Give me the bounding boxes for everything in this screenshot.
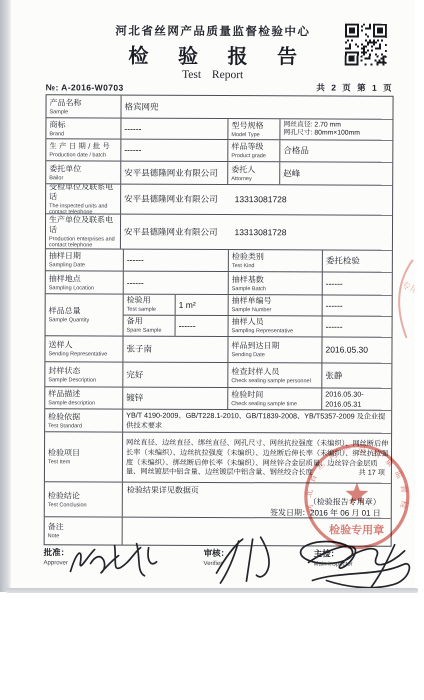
report-number-line: №: A-2016-W0703 共 2 页 第 1 页 [46, 80, 394, 94]
stamp-star-icon [345, 483, 368, 505]
label-zh: 样品等级 [231, 142, 276, 152]
field-label: 抽样日期Sampling Date [46, 249, 124, 270]
field-label: 备注Note [45, 517, 123, 544]
field-label: 生 产 日 期 / 批 号Production date / batch [46, 139, 121, 160]
label-en: Test sample [127, 307, 172, 313]
table-row: 抽样地点Sampling Location------抽样基数Sample Ba… [46, 271, 392, 296]
table-row: 送样人Sending Representative张子南样品到达日期Sendin… [45, 336, 391, 364]
label-zh: 检验结论 [48, 491, 119, 501]
label-en: Attorney [231, 176, 276, 182]
value-text: 安平县德隆网业有限公司 13313081728 [124, 226, 390, 238]
field-value: 镀锌 [123, 388, 228, 409]
field-label: 检验依据Test Standard [45, 409, 123, 431]
value-line: 网孔尺寸: 80mm×100mm [283, 129, 390, 138]
value-text: ------ [326, 300, 390, 311]
field-label: 样品到达日期Sending Date [228, 337, 322, 362]
field-value: 合格品 [280, 140, 393, 161]
value-text: ------ [124, 123, 224, 134]
value-text: ------ [326, 278, 390, 289]
verifier-label-en: Verifier [204, 561, 314, 567]
label-zh: 备用 [127, 317, 172, 327]
table-row: 样品描述Sample description镀锌检验时间Check sealin… [45, 387, 391, 411]
table-row: 检验依据Test StandardYB/T 4190-2009、GB/T228.… [45, 409, 391, 434]
field-label: 样品等级Product grade [228, 140, 280, 161]
value-text: 完好 [126, 369, 224, 380]
label-en: Model Type [231, 132, 276, 138]
field-value: ------ [323, 295, 393, 315]
label-en: Production enterprises and contact telep… [49, 236, 117, 248]
approver-block: 批准： Approver [44, 546, 204, 567]
qr-code-icon [345, 24, 387, 66]
value-text: ------ [179, 320, 225, 331]
value-text: 格宾网兜 [125, 101, 391, 113]
label-zh: 封样状态 [48, 366, 119, 376]
label-zh: 样品描述 [48, 389, 119, 399]
label-zh: 检查封样人员 [231, 367, 318, 377]
field-value: 赵峰 [280, 162, 393, 184]
approver-label: 批准： [44, 546, 204, 559]
table-subrow: 检验用Test sample1 m²抽样单编号Sample Number----… [124, 295, 393, 317]
value-text: 镀锌 [126, 393, 224, 404]
table-row: 产品名称Sample格宾网兜 [46, 95, 392, 120]
field-label: 抽样单编号Sample Number [229, 295, 323, 315]
table-row: 封样状态Sample Description完好检查封样人员Check seal… [45, 362, 391, 389]
field-label: 检验用Test sample [124, 295, 176, 315]
field-value: 1 m² [176, 295, 229, 315]
report-page: 河北省丝网产品质量监督检验中心 检 验 报 告 Test Report №: A… [11, 0, 415, 589]
field-value: ------ [124, 272, 229, 294]
field-label: 抽样人员Sampling Representative [229, 316, 323, 337]
field-label: 抽样基数Sample Batch [229, 272, 323, 294]
label-zh: 检验依据 [48, 412, 119, 422]
field-label: 委托单位Bailor [46, 161, 121, 183]
field-value: 安平县德隆网业有限公司 13313081728 [121, 215, 393, 250]
field-label: 产品名称Sample [46, 95, 121, 117]
field-value: 2016.05.30 [322, 337, 392, 362]
label-zh: 抽样单编号 [232, 296, 319, 306]
field-value: ------ [323, 272, 393, 294]
field-label: 检验时间Check sealing sample time [228, 388, 322, 409]
field-value: ------ [124, 250, 229, 271]
label-zh: 检验项目 [48, 448, 119, 458]
label-zh: 抽样基数 [232, 275, 319, 285]
field-value: 格宾网兜 [121, 96, 393, 119]
label-en: Sending Date [231, 352, 318, 358]
table-subrow: 备用Spare Sample------抽样人员Sampling Represe… [124, 315, 393, 337]
label-en: Sample [49, 109, 117, 115]
label-en: Test Kind [232, 263, 319, 269]
field-value: ------ [121, 119, 228, 139]
value-text: 安平县德隆网业有限公司 13313081728 [124, 194, 390, 206]
edge-paging-stamp: 专用 [391, 257, 415, 341]
table-row: 商标Brand------型号规格Model Type网丝直径: 2.70 mm… [46, 118, 392, 141]
label-zh: 生产单位及联系电话 [49, 215, 117, 235]
label-en: Sample description [48, 400, 119, 406]
label-zh: 受检单位及联系电话 [49, 184, 117, 202]
field-label: 生产单位及联系电话Production enterprises and cont… [46, 214, 121, 248]
field-value: 2016.05.30-2016.05.31 [322, 388, 392, 409]
value-text: ------ [127, 255, 225, 266]
label-zh: 抽样人员 [232, 317, 319, 327]
field-value: 张子南 [123, 337, 228, 362]
table-row: 生产单位及联系电话Production enterprises and cont… [46, 214, 392, 251]
label-zh: 产品名称 [50, 98, 118, 108]
label-zh: 商标 [49, 120, 117, 130]
stamp-ring-text: 河北省丝网产品质量监督检验中心 [301, 440, 411, 516]
inspection-stamp: 河北省丝网产品质量监督检验中心 检验专用章 [301, 440, 413, 552]
label-en: Test Conclusion [48, 502, 119, 508]
label-en: Product grade [231, 153, 276, 159]
label-en: The inspected units and contact telephon… [49, 203, 117, 213]
label-zh: 抽样地点 [49, 274, 120, 284]
label-zh: 样品总量 [49, 306, 120, 316]
label-en: Check sealing sample personnel [231, 378, 318, 384]
field-label: 委托人Attorney [228, 162, 280, 184]
approver-label-en: Approver [44, 560, 204, 567]
split-cell-group: 检验用Test sample1 m²抽样单编号Sample Number----… [124, 295, 393, 337]
label-zh: 样品到达日期 [231, 341, 318, 351]
value-text: 张静 [325, 370, 389, 381]
value-text: YB/T 4190-2009、GB/T228.1-2010、GB/T1839-2… [126, 411, 389, 431]
field-value: 委托检验 [323, 250, 393, 271]
value-text: 2016.05.30 [325, 345, 389, 356]
field-label: 商标Brand [46, 118, 121, 138]
label-en: Bailor [49, 175, 117, 181]
value-text: ------ [127, 277, 225, 288]
field-label: 备用Spare Sample [124, 315, 176, 336]
label-en: Sending Representative [48, 351, 119, 357]
label-zh: 抽样日期 [49, 251, 120, 261]
field-value: 安平县德隆网业有限公司 [121, 162, 228, 184]
label-en: Sample Quantity [49, 317, 120, 323]
label-zh: 送样人 [48, 340, 119, 350]
field-label: 送样人Sending Representative [45, 336, 123, 361]
main-inspector-label-en: Main inspector [314, 561, 404, 567]
value-text: 1 m² [179, 299, 225, 310]
field-label: 检验类别Test Kind [229, 250, 323, 271]
paper-bottom-shadow [6, 588, 418, 593]
label-en: Brand [49, 131, 117, 137]
table-row: 委托单位Bailor安平县德隆网业有限公司委托人Attorney赵峰 [46, 161, 392, 186]
field-label: 样品描述Sample description [45, 387, 123, 408]
label-en: Sampling Date [49, 262, 120, 268]
field-label: 封样状态Sample Description [45, 362, 123, 386]
field-label: 型号规格Model Type [228, 119, 280, 139]
value-text: 张子南 [126, 344, 224, 355]
field-value: ------ [176, 315, 229, 336]
label-en: Sample Batch [232, 286, 319, 292]
value-text: 安平县德隆网业有限公司 [124, 167, 224, 178]
report-number: №: A-2016-W0703 [46, 82, 124, 92]
field-value: 安平县德隆网业有限公司 13313081728 [121, 185, 393, 215]
label-en: Note [48, 533, 119, 539]
label-en: Production date / batch [49, 152, 117, 158]
label-en: Test Item [48, 459, 119, 465]
table-row: 抽样日期Sampling Date------检验类别Test Kind委托检验 [46, 249, 392, 273]
label-en: Sample Number [232, 307, 319, 313]
label-en: Sample Description [48, 377, 119, 383]
verifier-block: 审核： Verifier [204, 547, 314, 567]
field-value: 完好 [123, 363, 228, 387]
label-en: Sampling Representative [232, 328, 319, 334]
stamp-label: 检验专用章 [329, 523, 384, 537]
value-text: 赵峰 [283, 168, 390, 179]
label-zh: 检验时间 [231, 390, 318, 400]
label-zh: 检验类别 [232, 252, 319, 262]
label-zh: 备注 [48, 522, 119, 532]
field-value: ------ [121, 140, 228, 161]
field-label: 检查封样人员Check sealing sample personnel [228, 363, 322, 387]
field-value: ------ [323, 316, 393, 337]
label-en: Check sealing sample time [231, 401, 318, 407]
verifier-label: 审核： [204, 547, 314, 559]
value-text: 委托检验 [326, 256, 390, 267]
field-label: 样品总量Sample Quantity [46, 294, 124, 335]
label-zh: 委托单位 [49, 164, 117, 174]
field-label: 受检单位及联系电话The inspected units and contact… [46, 184, 121, 213]
value-text: ------ [124, 145, 224, 156]
table-row: 生 产 日 期 / 批 号Production date / batch----… [46, 139, 392, 163]
table-row: 受检单位及联系电话The inspected units and contact… [46, 184, 392, 216]
field-label: 抽样地点Sampling Location [46, 271, 124, 293]
svg-text:河北省丝网产品质量监督检验中心: 河北省丝网产品质量监督检验中心 [301, 440, 411, 516]
value-text: 2016.05.30-2016.05.31 [325, 389, 389, 408]
label-zh: 型号规格 [231, 121, 276, 131]
field-label: 检验结论Test Conclusion [45, 482, 123, 516]
label-zh: 生 产 日 期 / 批 号 [49, 141, 117, 151]
label-en: Spare Sample [127, 328, 172, 334]
value-text: 合格品 [283, 146, 390, 157]
label-zh: 检验用 [127, 296, 172, 306]
field-value: YB/T 4190-2009、GB/T228.1-2010、GB/T1839-2… [123, 410, 392, 433]
field-value: 张静 [322, 363, 392, 387]
table-row: 样品总量Sample Quantity检验用Test sample1 m²抽样单… [46, 294, 392, 338]
field-value: 网丝直径: 2.70 mm网孔尺寸: 80mm×100mm [280, 119, 393, 139]
field-label: 检验项目Test Item [45, 432, 123, 481]
value-text: ------ [326, 321, 390, 332]
label-en: Sampling Location [49, 285, 120, 291]
page-count: 共 2 页 第 1 页 [316, 81, 393, 93]
label-zh: 委托人 [231, 165, 276, 175]
label-en: Test Standard [48, 423, 119, 429]
